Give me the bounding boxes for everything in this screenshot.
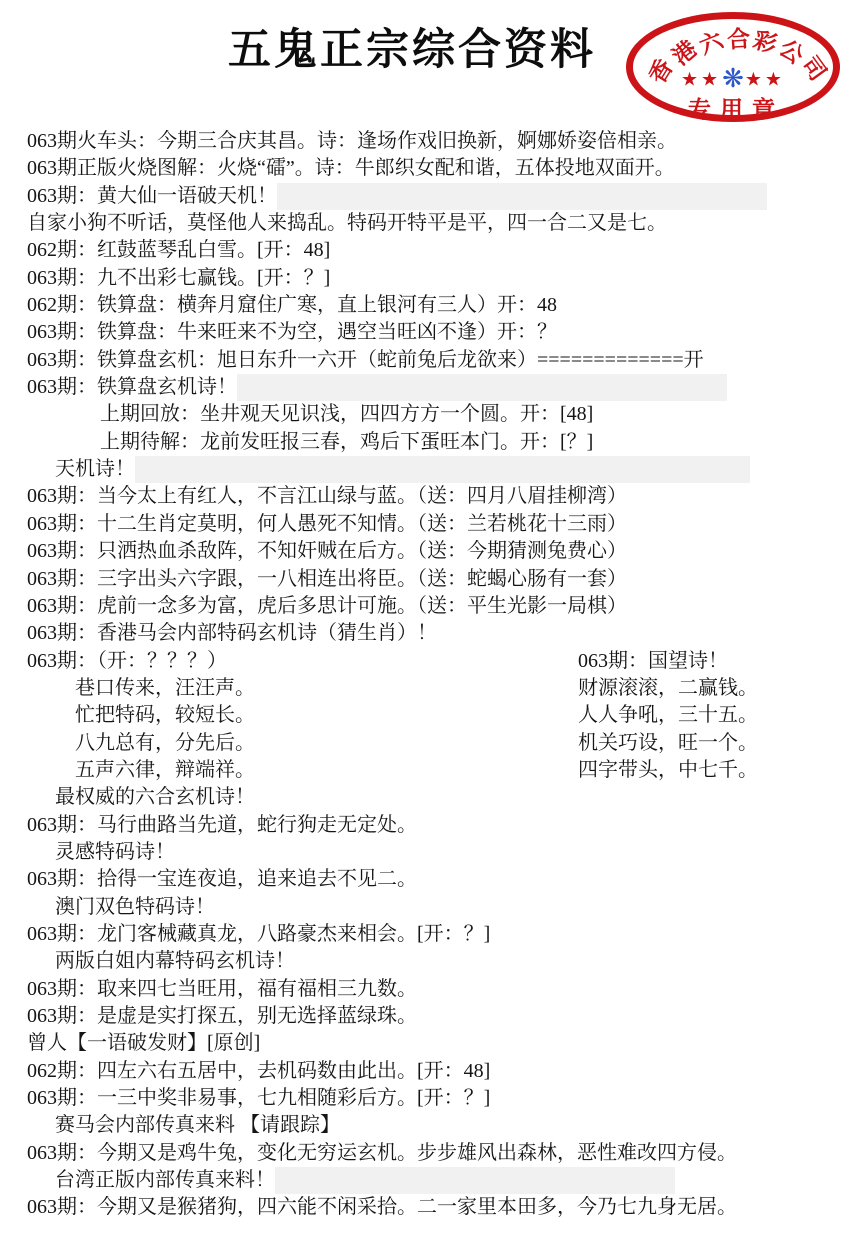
text-line: 063期：九不出彩七赢钱。[开：？] — [0, 265, 845, 292]
seal-arc-char: 合 — [726, 20, 751, 55]
text-line: 063期：三字出头六字跟，一八相连出将臣。（送：蛇蝎心肠有一套） — [0, 566, 845, 593]
column-line: 机关巧设，旺一个。 — [578, 730, 758, 757]
highlight-band — [237, 374, 727, 401]
text-line: 063期：马行曲路当先道，蛇行狗走无定处。 — [0, 812, 845, 839]
section-heading: 澳门双色特码诗！ — [0, 894, 845, 921]
text-line: 062期：铁算盘：横奔月窟住广寒，直上银河有三人）开：48 — [0, 292, 845, 319]
text-line: 063期：今期又是鸡牛兔，变化无穷运玄机。步步雄风出森林，恶性难改四方侵。 — [0, 1140, 845, 1167]
text-line: 上期待解：龙前发旺报三春，鸡后下蛋旺本门。开：[？] — [0, 429, 845, 456]
lottery-company-seal: 香 港 六 合 彩 公 司 ★★❋★★ 专用章 — [626, 12, 840, 122]
text-line: 063期：虎前一念多为富，虎后多思计可施。（送：平生光影一局棋） — [0, 593, 845, 620]
section-heading: 两版白姐内幕特码玄机诗！ — [0, 948, 845, 975]
poem-right-column: 063期：国望诗！ 财源滚滚，二赢钱。 人人争吼，三十五。 机关巧设，旺一个。 … — [578, 648, 758, 785]
text-line: 063期火车头：今期三合庆其昌。诗：逢场作戏旧换新，婀娜娇姿倍相亲。 — [0, 128, 845, 155]
text-line: 063期：当今太上有红人，不言江山绿与蓝。（送：四月八眉挂柳湾） — [0, 483, 845, 510]
column-line: 财源滚滚，二赢钱。 — [578, 675, 758, 702]
star-icons-left: ★★ — [681, 70, 721, 91]
seal-bottom-text: 专用章 — [633, 91, 833, 124]
text-line: 063期：铁算盘：牛来旺来不为空，遇空当旺凶不逢）开：？ — [0, 319, 845, 346]
text-line: 上期回放：坐井观天见识浅，四四方方一个圆。开：[48] — [0, 401, 845, 428]
text-line: 063期正版火烧图解：火烧“礌”。诗：牛郎织女配和谐，五体投地双面开。 — [0, 155, 845, 182]
text-line: 自家小狗不听话，莫怪他人来捣乱。特码开特平是平，四一合二又是七。 — [0, 210, 845, 237]
text-line: 063期：是虚是实打探五，别无选择蓝绿珠。 — [0, 1003, 845, 1030]
text-line: 063期：今期又是猴猪狗，四六能不闲采拾。二一家里本田多，今乃七九身无居。 — [0, 1194, 845, 1221]
text-line: 曾人【一语破发财】[原创] — [0, 1030, 845, 1057]
section-heading: 台湾正版内部传真来料！ — [0, 1167, 675, 1194]
text-line: 063期：铁算盘玄机：旭日东升一六开（蛇前兔后龙欲来）=============… — [0, 347, 845, 374]
text-line: 063期：只洒热血杀敌阵，不知奸贼在后方。（送：今期猜测兔费心） — [0, 538, 845, 565]
page-title: 五鬼正宗综合资料 — [228, 16, 596, 77]
highlight-band — [135, 456, 750, 483]
section-heading: 天机诗！ — [0, 456, 750, 483]
section-heading: 赛马会内部传真来料 【请跟踪】 — [0, 1112, 845, 1139]
column-line: 四字带头，中七千。 — [578, 757, 758, 784]
column-line: 063期：国望诗！ — [578, 648, 758, 675]
highlight-band — [275, 1167, 675, 1194]
text-line: 062期：红鼓蓝琴乱白雪。[开：48] — [0, 237, 845, 264]
text-line: 063期：香港马会内部特码玄机诗（猜生肖）！ — [0, 620, 845, 647]
star-icons-right: ★★ — [745, 70, 785, 91]
text-line: 063期：龙门客械藏真龙，八路豪杰来相会。[开：？] — [0, 921, 845, 948]
section-heading: 灵感特码诗！ — [0, 839, 845, 866]
section-heading: 063期：黄大仙一语破天机！ — [0, 183, 767, 210]
text-line: 063期：拾得一宝连夜追，追来追去不见二。 — [0, 866, 845, 893]
text-line: 063期：十二生肖定莫明，何人愚死不知情。（送：兰若桃花十三雨） — [0, 511, 845, 538]
two-column-poems: 063期：（开：？？？） 巷口传来，汪汪声。 忙把特码，较短长。 八九总有，分先… — [0, 648, 845, 785]
document-body: 063期火车头：今期三合庆其昌。诗：逢场作戏旧换新，婀娜娇姿倍相亲。 063期正… — [0, 128, 845, 1222]
highlight-band — [277, 183, 767, 210]
section-heading: 063期：铁算盘玄机诗！ — [0, 374, 727, 401]
text-line: 063期：取来四七当旺用，福有福相三九数。 — [0, 976, 845, 1003]
flower-icon: ❋ — [722, 64, 744, 93]
text-line: 062期：四左六右五居中，去机码数由此出。[开：48] — [0, 1058, 845, 1085]
text-line: 063期：一三中奖非易事，七九相随彩后方。[开：？] — [0, 1085, 845, 1112]
column-line: 人人争吼，三十五。 — [578, 702, 758, 729]
section-heading: 最权威的六合玄机诗！ — [0, 784, 845, 811]
